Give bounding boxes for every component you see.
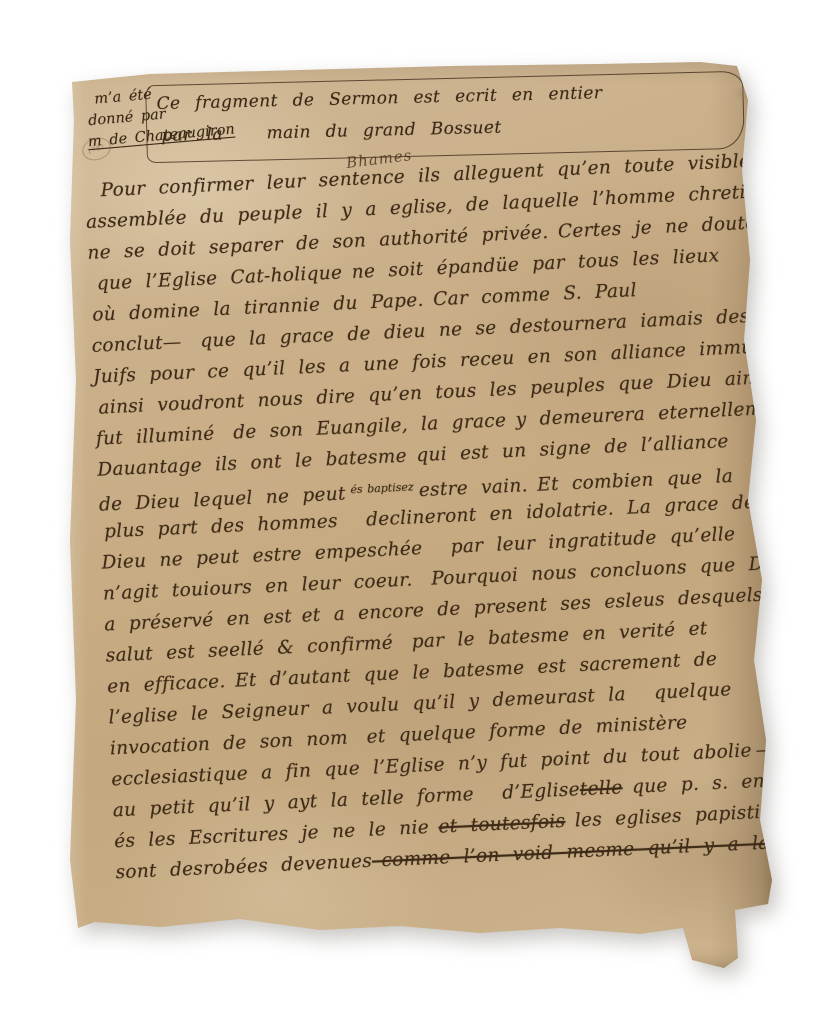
- handwritten-text: que p. s. enquiere: [622, 768, 819, 798]
- attribution-text: Ce fragment de Sermon est ecrit en entie…: [156, 74, 737, 152]
- struck-text: et toutesfois: [438, 811, 566, 838]
- handwritten-text: m’a été: [94, 87, 153, 108]
- paper-sheet: 1781 m’a étédonné parm de Chateaugiron C…: [70, 62, 772, 968]
- handwritten-text: és baptisez: [350, 480, 414, 496]
- handwritten-text: Ce fragment de Sermon est ecrit en entie…: [156, 83, 602, 114]
- sermon-body: Pour confirmer leur sentence ils allegue…: [84, 146, 772, 888]
- manuscript-page: 1781 m’a étédonné parm de Chateaugiron C…: [70, 62, 772, 970]
- handwritten-text: les eglises papistiques: [565, 800, 807, 832]
- handwritten-text: par la main du grand Bossuet: [161, 118, 502, 146]
- struck-text: telle: [579, 777, 623, 800]
- photo-background: 1781 m’a étédonné parm de Chateaugiron C…: [0, 0, 819, 1024]
- paper-smudge: [738, 88, 760, 99]
- handwritten-text: sont desrobées devenues: [115, 851, 372, 884]
